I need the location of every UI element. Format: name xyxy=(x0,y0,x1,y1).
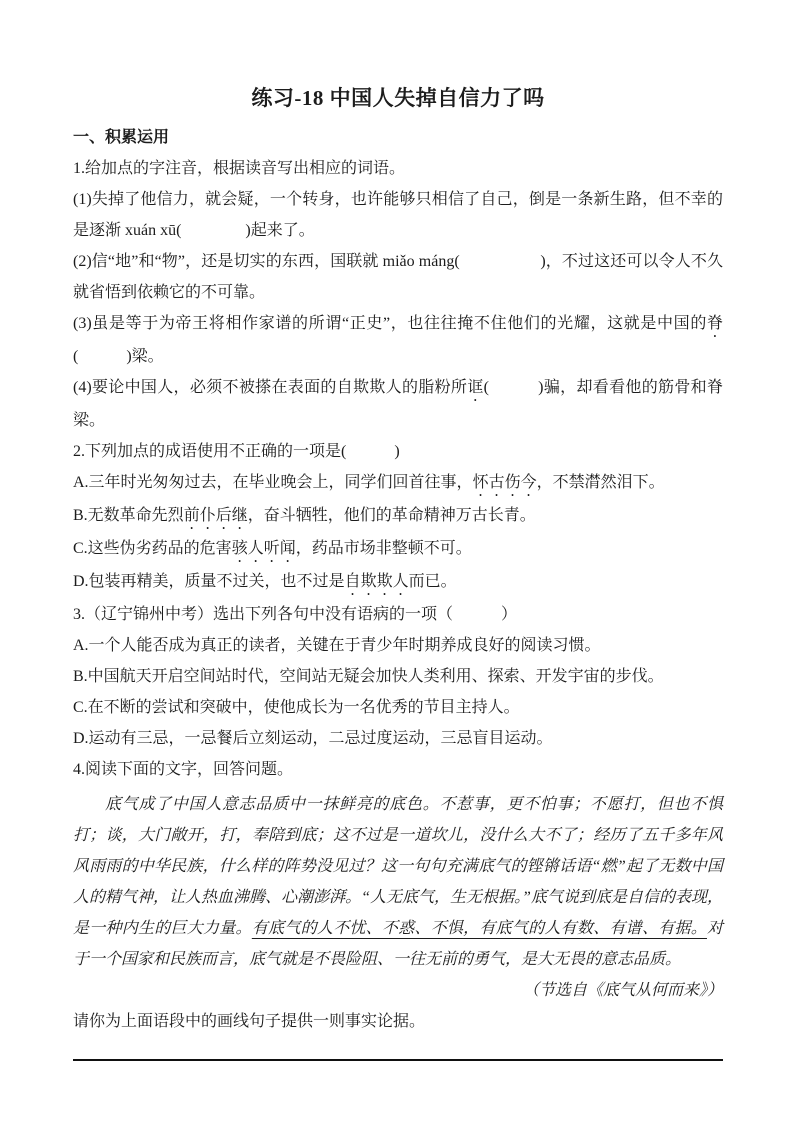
q4-passage: 底气成了中国人意志品质中一抹鲜亮的底色。不惹事，更不怕事；不愿打，但也不惧打；谈… xyxy=(73,789,723,975)
q2-option-d-text-after: 而已。 xyxy=(409,573,457,590)
q1-item-4-dotted-char: 诓 xyxy=(467,379,483,396)
q2-option-b-text: B.无数革命先烈 xyxy=(73,507,184,524)
q2-option-b: B.无数革命先烈前仆后继，奋斗牺牲，他们的革命精神万古长青。 xyxy=(73,500,723,533)
q3-option-b: B.中国航天开启空间站时代，空间站无疑会加快人类利用、探索、开发宇宙的步伐。 xyxy=(73,661,723,692)
q1-item-3-dotted-char: 脊 xyxy=(707,315,723,332)
q2-option-c-text: C.这些伪劣药品的危害 xyxy=(73,540,232,557)
q4-underlined-sentence: 有底气的人不忧、不惑、不惧，有底气的人有数、有谱、有据。 xyxy=(252,920,707,937)
q3-option-c: C.在不断的尝试和突破中，使他成长为一名优秀的节目主持人。 xyxy=(73,692,723,723)
q1-stem: 1.给加点的字注音，根据读音写出相应的词语。 xyxy=(73,153,723,184)
q2-option-b-dotted-idiom: 前仆后继 xyxy=(184,507,248,524)
q1-item-1: (1)失掉了他信力，就会疑，一个转身，也许能够只相信了自己，倒是一条新生路，但不… xyxy=(73,184,723,246)
q3-stem: 3.（辽宁锦州中考）选出下列各句中没有语病的一项（ ） xyxy=(73,599,723,630)
q2-option-c: C.这些伪劣药品的危害骇人听闻，药品市场非整顿不可。 xyxy=(73,533,723,566)
q2-option-c-dotted-idiom: 骇人听闻 xyxy=(232,540,296,557)
q3-option-a: A.一个人能否成为真正的读者，关键在于青少年时期养成良好的阅读习惯。 xyxy=(73,630,723,661)
q3-option-d: D.运动有三忌，一忌餐后立刻运动，二忌过度运动，三忌盲目运动。 xyxy=(73,723,723,754)
q4-passage-text: 底气成了中国人意志品质中一抹鲜亮的底色。不惹事，更不怕事；不愿打，但也不惧打；谈… xyxy=(73,796,723,937)
page-title: 练习-18 中国人失掉自信力了吗 xyxy=(73,84,723,112)
q1-item-3-text-after: ( )梁。 xyxy=(73,348,164,365)
q2-option-b-text-after: ，奋斗牺牲，他们的革命精神万古长青。 xyxy=(248,507,536,524)
q1-item-4-text: (4)要论中国人，必须不被搽在表面的自欺欺人的脂粉所 xyxy=(73,379,467,396)
q2-stem: 2.下列加点的成语使用不正确的一项是( ) xyxy=(73,436,723,467)
q2-option-d-dotted-idiom: 自欺欺人 xyxy=(345,573,409,590)
q4-stem: 4.阅读下面的文字，回答问题。 xyxy=(73,754,723,785)
q4-task: 请你为上面语段中的画线句子提供一则事实论据。 xyxy=(73,1006,723,1037)
q2-option-a-dotted-idiom: 怀古伤今 xyxy=(473,474,537,491)
q2-option-c-text-after: ，药品市场非整顿不可。 xyxy=(296,540,472,557)
q1-item-3: (3)虽是等于为帝王将相作家谱的所谓“正史”，也往往掩不住他们的光耀，这就是中国… xyxy=(73,308,723,372)
worksheet-page: 练习-18 中国人失掉自信力了吗 一、积累运用 1.给加点的字注音，根据读音写出… xyxy=(0,0,793,1122)
q2-option-a: A.三年时光匆匆过去，在毕业晚会上，同学们回首往事，怀古伤今，不禁潸然泪下。 xyxy=(73,467,723,500)
q2-option-a-text: A.三年时光匆匆过去，在毕业晚会上，同学们回首往事， xyxy=(73,474,473,491)
answer-line xyxy=(73,1059,723,1061)
q2-option-d-text: D.包装再精美，质量不过关，也不过是 xyxy=(73,573,345,590)
worksheet-content: 练习-18 中国人失掉自信力了吗 一、积累运用 1.给加点的字注音，根据读音写出… xyxy=(73,84,723,1061)
q4-source-attribution: （节选自《底气从何而来》） xyxy=(73,975,723,1006)
q1-item-4: (4)要论中国人，必须不被搽在表面的自欺欺人的脂粉所诓( )骗，却看看他的筋骨和… xyxy=(73,372,723,436)
q1-item-3-text: (3)虽是等于为帝王将相作家谱的所谓“正史”，也往往掩不住他们的光耀，这就是中国… xyxy=(73,315,707,332)
q2-option-d: D.包装再精美，质量不过关，也不过是自欺欺人而已。 xyxy=(73,566,723,599)
q1-item-2: (2)信“地”和“物”，还是切实的东西，国联就 miǎo máng( )，不过这… xyxy=(73,246,723,308)
section-1-heading: 一、积累运用 xyxy=(73,122,723,153)
q2-option-a-text-after: ，不禁潸然泪下。 xyxy=(537,474,665,491)
